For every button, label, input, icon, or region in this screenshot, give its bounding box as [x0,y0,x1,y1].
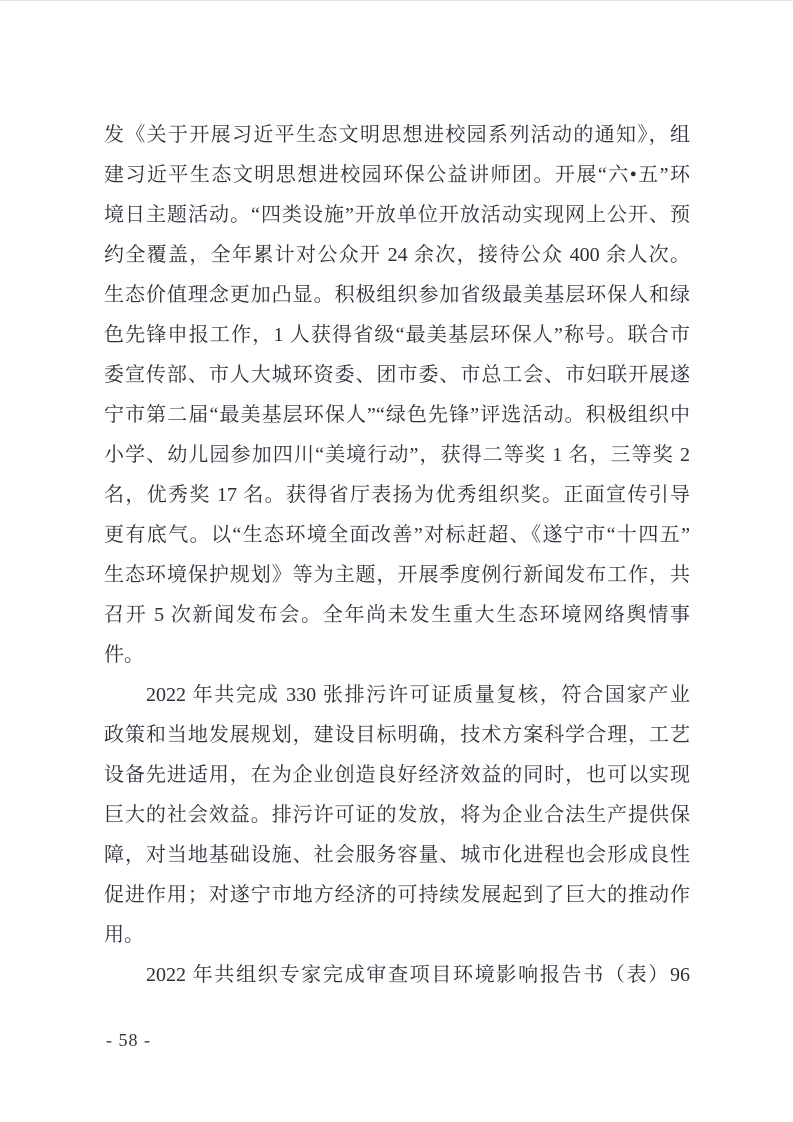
paragraph: 2022 年共完成 330 张排污许可证质量复核，符合国家产业 政策和当地发展规… [104,675,690,955]
text-line: 更有底气。以“生态环境全面改善”对标赶超、《遂宁市“十四五” [104,515,690,555]
paragraph: 2022 年共组织专家完成审查项目环境影响报告书（表）96 [104,955,690,995]
text-line: 名，优秀奖 17 名。获得省厅表扬为优秀组织奖。正面宣传引导 [104,475,690,515]
text-line: 宁市第二届“最美基层环保人”“绿色先锋”评选活动。积极组织中 [104,395,690,435]
text-line: 召开 5 次新闻发布会。全年尚未发生重大生态环境网络舆情事 [104,595,690,635]
text-line: 2022 年共完成 330 张排污许可证质量复核，符合国家产业 [104,675,690,715]
text-line: 件。 [104,635,690,675]
text-line: 委宣传部、市人大城环资委、团市委、市总工会、市妇联开展遂 [104,355,690,395]
text-line: 约全覆盖，全年累计对公众开 24 余次，接待公众 400 余人次。 [104,235,690,275]
text-line: 政策和当地发展规划，建设目标明确，技术方案科学合理，工艺 [104,715,690,755]
text-line: 用。 [104,915,690,955]
document-body: 发《关于开展习近平生态文明思想进校园系列活动的通知》，组 建习近平生态文明思想进… [104,115,690,995]
text-line: 境日主题活动。“四类设施”开放单位开放活动实现网上公开、预 [104,195,690,235]
text-line: 促进作用；对遂宁市地方经济的可持续发展起到了巨大的推动作 [104,875,690,915]
paragraph: 发《关于开展习近平生态文明思想进校园系列活动的通知》，组 建习近平生态文明思想进… [104,115,690,675]
text-line: 发《关于开展习近平生态文明思想进校园系列活动的通知》，组 [104,115,690,155]
text-line: 生态价值理念更加凸显。积极组织参加省级最美基层环保人和绿 [104,275,690,315]
text-line: 色先锋申报工作，1 人获得省级“最美基层环保人”称号。联合市 [104,315,690,355]
text-line: 障，对当地基础设施、社会服务容量、城市化进程也会形成良性 [104,835,690,875]
text-line: 建习近平生态文明思想进校园环保公益讲师团。开展“六•五”环 [104,155,690,195]
document-page: 发《关于开展习近平生态文明思想进校园系列活动的通知》，组 建习近平生态文明思想进… [0,0,793,1122]
text-line: 生态环境保护规划》等为主题，开展季度例行新闻发布工作，共 [104,555,690,595]
text-line: 小学、幼儿园参加四川“美境行动”，获得二等奖 1 名，三等奖 2 [104,435,690,475]
text-line: 巨大的社会效益。排污许可证的发放，将为企业合法生产提供保 [104,795,690,835]
page-number: - 58 - [106,1025,151,1055]
text-line: 2022 年共组织专家完成审查项目环境影响报告书（表）96 [104,955,690,995]
text-line: 设备先进适用，在为企业创造良好经济效益的同时，也可以实现 [104,755,690,795]
